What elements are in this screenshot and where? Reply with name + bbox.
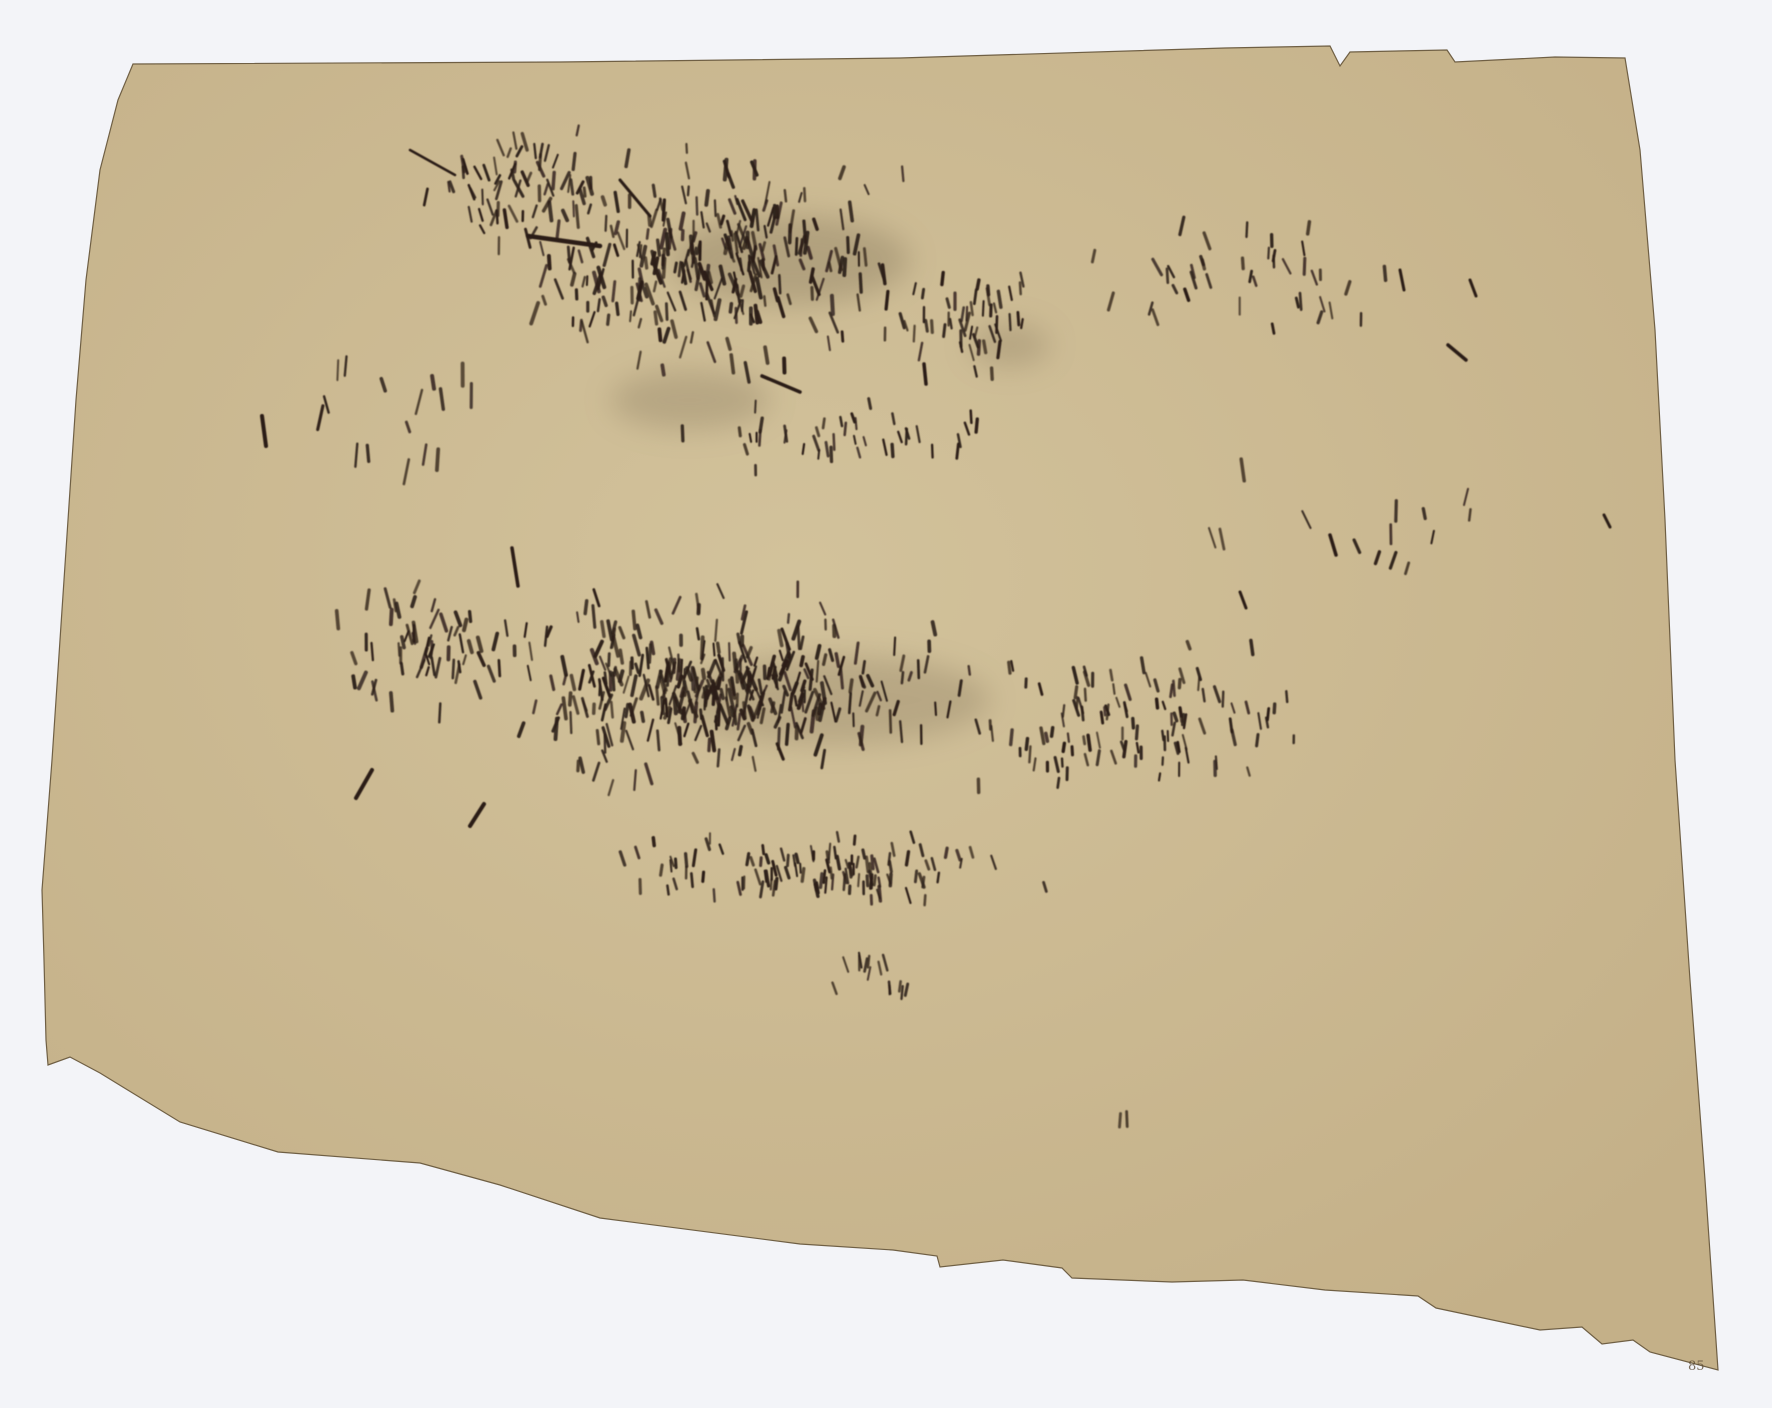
- charcoal-mark: [902, 986, 903, 999]
- charcoal-mark: [1304, 258, 1305, 274]
- charcoal-mark: [832, 296, 833, 314]
- charcoal-mark: [788, 855, 789, 866]
- charcoal-mark: [1046, 733, 1048, 741]
- charcoal-mark: [647, 230, 648, 239]
- charcoal-mark: [740, 747, 742, 755]
- charcoal-mark: [739, 428, 740, 436]
- charcoal-mark: [831, 447, 832, 461]
- charcoal-mark: [670, 860, 671, 871]
- charcoal-mark: [923, 877, 924, 887]
- charcoal-mark: [1142, 658, 1144, 673]
- charcoal-mark: [653, 838, 654, 846]
- charcoal-mark: [926, 320, 928, 331]
- charcoal-mark: [1272, 324, 1274, 334]
- charcoal-mark: [697, 197, 698, 214]
- artist-signature: 85: [1688, 1359, 1705, 1374]
- charcoal-mark: [902, 167, 903, 182]
- charcoal-mark: [557, 221, 559, 239]
- charcoal-mark: [598, 299, 600, 311]
- charcoal-mark: [1230, 719, 1232, 732]
- charcoal-mark: [1243, 258, 1244, 268]
- charcoal-mark: [788, 614, 789, 623]
- charcoal-mark: [634, 770, 636, 790]
- charcoal-mark: [650, 644, 651, 662]
- charcoal-mark: [795, 696, 797, 705]
- charcoal-mark: [1009, 662, 1010, 673]
- charcoal-mark: [706, 191, 708, 205]
- charcoal-mark: [804, 188, 805, 201]
- charcoal-mark: [861, 727, 863, 745]
- charcoal-mark: [1011, 730, 1012, 745]
- charcoal-mark: [1137, 726, 1138, 739]
- charcoal-mark: [718, 750, 719, 767]
- charcoal-mark: [801, 657, 803, 666]
- charcoal-mark: [549, 256, 550, 269]
- charcoal-mark: [829, 844, 830, 860]
- charcoal-mark: [691, 874, 692, 887]
- charcoal-mark: [1180, 708, 1182, 717]
- charcoal-mark: [765, 347, 768, 363]
- charcoal-mark: [817, 661, 819, 682]
- charcoal-mark: [729, 643, 730, 660]
- charcoal-mark: [663, 200, 664, 220]
- charcoal-mark: [703, 872, 704, 881]
- charcoal-mark: [1120, 1114, 1121, 1127]
- charcoal-mark: [842, 332, 843, 341]
- charcoal-mark: [686, 144, 687, 153]
- charcoal-mark: [482, 190, 483, 205]
- charcoal-mark: [749, 262, 750, 270]
- charcoal-mark: [1159, 773, 1160, 780]
- charcoal-mark: [935, 703, 936, 715]
- charcoal-mark: [675, 698, 676, 713]
- charcoal-mark: [867, 876, 868, 886]
- charcoal-mark: [570, 693, 571, 705]
- charcoal-mark: [1113, 684, 1114, 694]
- charcoal-mark: [597, 731, 598, 744]
- charcoal-mark: [976, 419, 977, 432]
- charcoal-mark: [736, 308, 737, 322]
- charcoal-mark: [868, 956, 869, 967]
- charcoal-mark: [874, 876, 875, 885]
- charcoal-mark: [836, 654, 838, 667]
- charcoal-mark: [367, 445, 368, 461]
- charcoal-mark: [844, 259, 845, 275]
- charcoal-mark: [715, 620, 717, 641]
- charcoal-mark: [832, 875, 833, 890]
- charcoal-mark: [712, 732, 715, 751]
- charcoal-mark: [1018, 312, 1019, 325]
- charcoal-mark: [1162, 731, 1163, 740]
- charcoal-mark: [1384, 267, 1385, 281]
- charcoal-mark: [622, 723, 624, 741]
- charcoal-mark: [1157, 699, 1158, 708]
- charcoal-mark: [688, 187, 689, 196]
- charcoal-mark: [646, 258, 647, 268]
- charcoal-mark: [850, 202, 853, 221]
- charcoal-mark: [1257, 735, 1258, 746]
- charcoal-mark: [1203, 689, 1205, 701]
- charcoal-mark: [1082, 707, 1083, 720]
- charcoal-mark: [667, 886, 668, 895]
- charcoal-mark: [1107, 705, 1109, 720]
- charcoal-mark: [761, 858, 762, 866]
- charcoal-mark: [752, 210, 755, 226]
- charcoal-mark: [755, 401, 756, 413]
- charcoal-mark: [844, 874, 845, 890]
- charcoal-mark: [787, 725, 789, 745]
- charcoal-mark: [603, 197, 606, 205]
- charcoal-mark: [1296, 298, 1298, 307]
- charcoal-mark: [1111, 670, 1113, 680]
- charcoal-mark: [1063, 705, 1064, 716]
- charcoal-mark: [1020, 283, 1021, 295]
- charcoal-mark: [661, 865, 663, 875]
- charcoal-mark: [890, 862, 892, 872]
- charcoal-mark: [1223, 692, 1224, 707]
- charcoal-mark: [713, 690, 714, 704]
- charcoal-mark: [714, 889, 715, 901]
- charcoal-mark: [938, 873, 939, 882]
- charcoal-mark: [826, 442, 828, 456]
- charcoal-mark: [871, 875, 872, 889]
- charcoal-mark: [858, 874, 859, 886]
- charcoal-mark: [802, 869, 804, 882]
- charcoal-mark: [667, 234, 668, 255]
- charcoal-mark: [1300, 293, 1301, 310]
- charcoal-mark: [725, 160, 727, 180]
- charcoal-mark: [821, 874, 822, 888]
- charcoal-mark: [984, 341, 986, 353]
- charcoal-mark: [630, 311, 631, 321]
- charcoal-mark: [869, 399, 871, 409]
- charcoal-mark: [933, 622, 936, 634]
- charcoal-mark: [573, 201, 574, 216]
- charcoal-mark: [1251, 641, 1253, 655]
- charcoal-mark: [613, 282, 615, 301]
- charcoal-mark: [1286, 691, 1287, 702]
- charcoal-mark: [1266, 718, 1268, 727]
- charcoal-mark: [662, 698, 663, 714]
- charcoal-mark: [1101, 712, 1103, 723]
- charcoal-mark: [1029, 747, 1030, 763]
- charcoal-mark: [894, 638, 895, 655]
- charcoal-mark: [889, 982, 890, 994]
- charcoal-mark: [798, 627, 799, 649]
- charcoal-mark: [1104, 707, 1105, 715]
- charcoal-mark: [1247, 222, 1248, 236]
- charcoal-mark: [626, 705, 628, 717]
- charcoal-mark: [892, 445, 893, 457]
- charcoal-mark: [1250, 271, 1252, 282]
- charcoal-mark: [992, 368, 993, 379]
- charcoal-mark: [439, 704, 440, 723]
- charcoal-mark: [1423, 509, 1425, 519]
- charcoal-mark: [572, 274, 575, 285]
- charcoal-mark: [669, 229, 670, 248]
- charcoal-mark: [914, 326, 915, 342]
- charcoal-mark: [402, 637, 404, 648]
- charcoal-mark: [800, 864, 801, 873]
- charcoal-mark: [890, 874, 891, 885]
- charcoal-mark: [854, 836, 855, 844]
- charcoal-mark: [709, 739, 710, 751]
- charcoal-mark: [652, 253, 654, 264]
- charcoal-mark: [1026, 739, 1027, 750]
- charcoal-mark: [915, 871, 916, 882]
- charcoal-mark: [1075, 687, 1077, 698]
- charcoal-mark: [658, 731, 660, 750]
- charcoal-mark: [848, 238, 849, 253]
- charcoal-mark: [715, 200, 716, 216]
- charcoal-mark: [776, 676, 777, 687]
- charcoal-mark: [1167, 269, 1168, 283]
- charcoal-mark: [863, 661, 865, 673]
- charcoal-mark: [714, 644, 715, 656]
- charcoal-mark: [1273, 250, 1275, 261]
- charcoal-mark: [756, 210, 758, 230]
- charcoal-mark: [772, 703, 774, 712]
- charcoal-mark: [391, 693, 392, 711]
- charcoal-mark: [747, 854, 749, 865]
- charcoal-mark: [734, 711, 735, 724]
- charcoal-mark: [971, 411, 972, 423]
- charcoal-mark: [1085, 689, 1086, 701]
- charcoal-mark: [1058, 778, 1059, 788]
- charcoal-mark: [805, 233, 808, 253]
- charcoal-mark: [971, 302, 973, 315]
- charcoal-mark: [750, 434, 751, 442]
- charcoal-mark: [1072, 747, 1073, 755]
- charcoal-mark: [642, 713, 644, 722]
- charcoal-mark: [801, 239, 802, 255]
- charcoal-mark: [946, 848, 948, 857]
- charcoal-mark: [817, 708, 818, 719]
- charcoal-mark: [464, 620, 466, 631]
- charcoal-mark: [942, 273, 943, 285]
- charcoal-mark: [824, 655, 826, 665]
- charcoal-mark: [675, 263, 677, 272]
- charcoal-mark: [577, 612, 578, 622]
- charcoal-mark: [776, 879, 777, 889]
- charcoal-mark: [633, 611, 635, 628]
- charcoal-mark: [834, 434, 835, 450]
- charcoal-mark: [866, 857, 868, 872]
- charcoal-mark: [372, 643, 373, 660]
- charcoal-mark: [950, 319, 952, 328]
- charcoal-mark: [932, 445, 933, 458]
- charcoal-mark: [1010, 314, 1011, 330]
- charcoal-mark: [829, 263, 831, 271]
- charcoal-mark: [764, 296, 765, 305]
- charcoal-mark: [1469, 509, 1470, 520]
- charcoal-mark: [553, 172, 554, 188]
- charcoal-mark: [432, 376, 434, 389]
- charcoal-mark: [549, 202, 551, 220]
- charcoal-mark: [974, 290, 976, 304]
- charcoal-mark: [850, 680, 852, 692]
- charcoal-mark: [608, 315, 609, 324]
- charcoal-mark: [977, 280, 979, 289]
- charcoal-mark: [647, 648, 649, 668]
- charcoal-mark: [686, 854, 687, 867]
- charcoal-mark: [1179, 680, 1180, 688]
- charcoal-mark: [1063, 743, 1064, 751]
- charcoal-mark: [849, 693, 850, 713]
- charcoal-mark: [734, 654, 736, 669]
- charcoal-mark: [659, 329, 660, 340]
- charcoal-mark: [845, 423, 846, 435]
- charcoal-mark: [1052, 728, 1053, 737]
- charcoal-mark: [1171, 685, 1173, 697]
- charcoal-mark: [886, 292, 888, 310]
- charcoal-mark: [1308, 222, 1310, 234]
- charcoal-mark: [678, 660, 680, 679]
- charcoal-mark: [1127, 1112, 1128, 1127]
- charcoal-mark: [693, 233, 695, 241]
- charcoal-mark: [872, 856, 873, 869]
- charcoal-mark: [957, 444, 959, 458]
- charcoal-mark: [817, 646, 820, 658]
- charcoal-mark: [1268, 248, 1269, 259]
- charcoal-mark: [620, 650, 622, 663]
- charcoal-mark: [1068, 734, 1069, 742]
- charcoal-mark: [890, 711, 891, 733]
- charcoal-mark: [796, 854, 798, 862]
- artwork-canvas: [0, 0, 1772, 1408]
- charcoal-mark: [902, 672, 903, 683]
- charcoal-long-stroke: [924, 364, 926, 384]
- charcoal-mark: [571, 180, 573, 195]
- charcoal-mark: [731, 355, 733, 373]
- charcoal-mark: [925, 895, 926, 905]
- charcoal-mark: [763, 259, 764, 269]
- charcoal-mark: [534, 144, 536, 158]
- charcoal-mark: [918, 660, 919, 678]
- charcoal-mark: [837, 857, 839, 869]
- charcoal-mark: [748, 675, 750, 690]
- charcoal-mark: [663, 249, 664, 268]
- charcoal-mark: [863, 850, 865, 858]
- charcoal-mark: [353, 676, 355, 687]
- charcoal-mark: [681, 660, 682, 676]
- charcoal-mark: [437, 449, 438, 470]
- charcoal-mark: [766, 855, 769, 863]
- charcoal-mark: [802, 693, 803, 712]
- charcoal-mark: [683, 708, 684, 718]
- charcoal-mark: [1062, 759, 1063, 767]
- charcoal-mark: [823, 419, 824, 428]
- charcoal-mark: [730, 304, 731, 312]
- charcoal-mark: [576, 206, 578, 228]
- charcoal-mark: [1396, 501, 1397, 522]
- charcoal-mark: [463, 167, 464, 178]
- charcoal-mark: [515, 162, 516, 172]
- charcoal-mark: [676, 859, 677, 868]
- charcoal-mark: [614, 667, 615, 675]
- charcoal-mark: [831, 868, 832, 879]
- charcoal-mark: [983, 301, 984, 316]
- charcoal-mark: [499, 660, 500, 676]
- charcoal-mark: [581, 320, 582, 330]
- charcoal-mark: [679, 262, 681, 276]
- charcoal-mark: [593, 606, 595, 628]
- charcoal-mark: [573, 154, 575, 170]
- charcoal-mark: [860, 274, 861, 292]
- charcoal-mark: [796, 238, 797, 254]
- charcoal-mark: [718, 643, 719, 652]
- charcoal-mark: [571, 712, 572, 733]
- charcoal-mark: [401, 663, 403, 674]
- charcoal-mark: [803, 444, 804, 454]
- charcoal-mark: [611, 702, 612, 717]
- charcoal-mark: [779, 275, 780, 293]
- charcoal-mark: [337, 360, 338, 380]
- charcoal-mark: [810, 670, 812, 689]
- charcoal-mark: [825, 877, 826, 892]
- charcoal-mark: [459, 661, 461, 672]
- charcoal-mark: [1274, 704, 1275, 713]
- charcoal-mark: [653, 185, 655, 196]
- charcoal-mark: [584, 188, 585, 196]
- charcoal-mark: [763, 845, 764, 854]
- charcoal-mark: [658, 240, 660, 255]
- charcoal-mark: [969, 666, 970, 674]
- charcoal-mark: [998, 342, 1000, 358]
- charcoal-mark: [763, 243, 765, 251]
- charcoal-mark: [578, 761, 579, 771]
- charcoal-mark: [1133, 719, 1134, 728]
- charcoal-mark: [609, 654, 610, 666]
- charcoal-mark: [674, 660, 675, 673]
- charcoal-mark: [1268, 709, 1269, 720]
- charcoal-mark: [453, 660, 454, 678]
- charcoal-mark: [944, 325, 945, 337]
- charcoal-mark: [778, 728, 779, 749]
- charcoal-mark: [337, 611, 339, 629]
- charcoal-mark: [785, 190, 786, 201]
- charcoal-mark: [662, 365, 664, 374]
- charcoal-mark: [682, 426, 683, 441]
- charcoal-mark: [602, 622, 604, 637]
- charcoal-mark: [760, 418, 762, 432]
- charcoal-mark: [703, 670, 704, 678]
- charcoal-mark: [697, 628, 699, 639]
- charcoal-mark: [1187, 642, 1190, 649]
- charcoal-mark: [657, 687, 659, 704]
- charcoal-mark: [666, 304, 667, 320]
- charcoal-mark: [606, 216, 607, 231]
- charcoal-mark: [856, 418, 857, 429]
- charcoal-mark: [907, 852, 909, 865]
- charcoal-mark: [812, 288, 813, 300]
- charcoal-mark: [837, 832, 839, 841]
- charcoal-mark: [864, 249, 866, 266]
- charcoal-mark: [585, 601, 587, 614]
- charcoal-mark: [922, 289, 923, 298]
- charcoal-mark: [899, 982, 900, 992]
- charcoal-mark: [771, 879, 772, 889]
- charcoal-mark: [824, 871, 825, 883]
- charcoal-mark: [1174, 713, 1177, 721]
- charcoal-mark: [702, 637, 703, 658]
- charcoal-mark: [1021, 319, 1023, 328]
- charcoal-mark: [840, 417, 842, 426]
- charcoal-mark: [1137, 743, 1139, 752]
- charcoal-mark: [617, 303, 618, 314]
- charcoal-mark: [1084, 737, 1085, 744]
- charcoal-mark: [932, 321, 933, 333]
